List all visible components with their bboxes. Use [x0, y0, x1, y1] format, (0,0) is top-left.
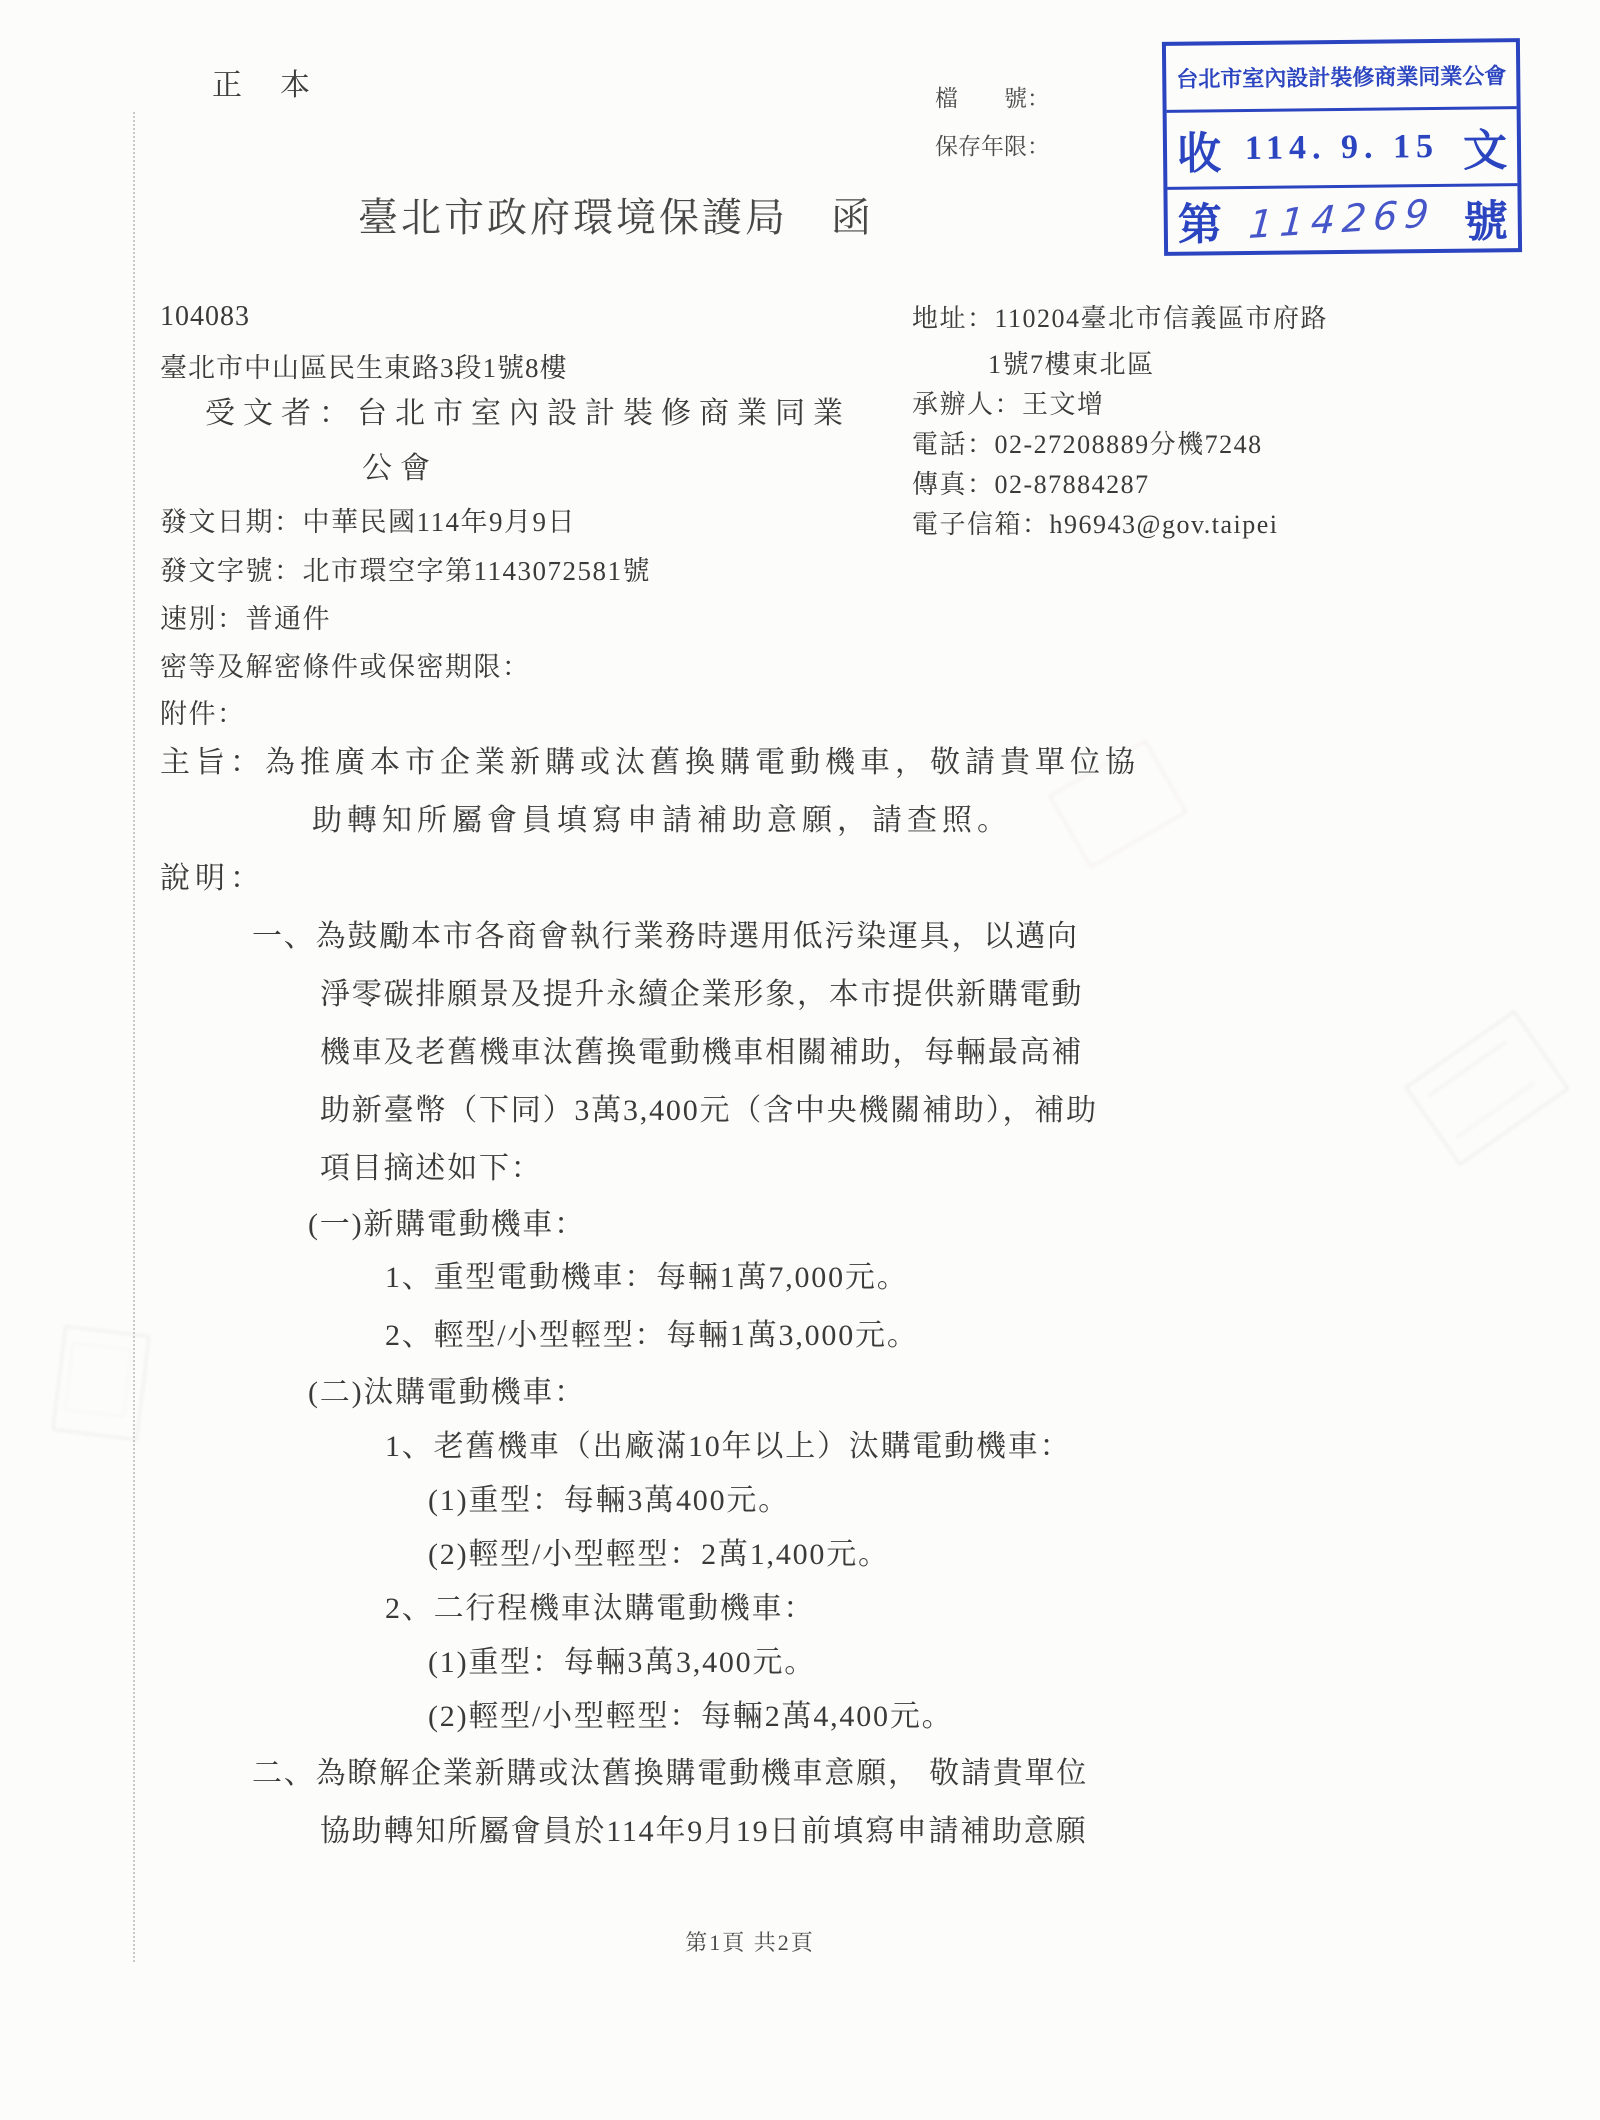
attachment-line: 附件： — [160, 692, 246, 731]
recipient-name-line1: 受文者：台北市室內設計裝修商業同業 — [205, 388, 851, 432]
explanation-line: 項目摘述如下： — [320, 1143, 543, 1187]
agency-address-line2: 1號7樓東北區 — [988, 344, 1155, 381]
agency-fax: 傳真：02-87884287 — [912, 464, 1150, 501]
priority-line: 速別：普通件 — [160, 597, 331, 636]
issue-date-line: 發文日期：中華民國114年9月9日 — [160, 500, 576, 539]
document-page: 正 本 檔 號： 保存年限： 台北市室內設計裝修商業同業公會 收 114. 9.… — [0, 0, 1600, 2120]
faint-stamp-right — [1405, 1010, 1570, 1165]
recipient-postal-code: 104083 — [160, 301, 250, 333]
explanation-line: (一)新購電動機車： — [308, 1199, 586, 1243]
receipt-stamp: 台北市室內設計裝修商業同業公會 收 114. 9. 15 文 第 114269 … — [1162, 38, 1522, 256]
explanation-line: 2、輕型/小型輕型：每輛1萬3,000元。 — [385, 1310, 919, 1354]
explanation-line: 協助轉知所屬會員於114年9月19日前填寫申請補助意願 — [320, 1806, 1088, 1850]
explanation-line: 助新臺幣（下同）3萬3,400元（含中央機關補助），補助 — [320, 1085, 1098, 1129]
retention-period-label: 保存年限： — [935, 128, 1050, 161]
faint-stamp-left — [52, 1325, 150, 1441]
explanation-line: 二、為瞭解企業新購或汰舊換購電動機車意願， 敬請貴單位 — [252, 1748, 1088, 1792]
receipt-stamp-date: 114. 9. 15 — [1245, 128, 1440, 168]
explanation-line: (2)輕型/小型輕型：每輛2萬4,400元。 — [428, 1691, 953, 1735]
receipt-stamp-number-prefix: 第 — [1177, 188, 1222, 252]
receipt-stamp-org-name: 台北市室內設計裝修商業同業公會 — [1166, 42, 1517, 113]
explanation-line: (1)重型：每輛3萬400元。 — [428, 1475, 790, 1519]
explanation-line: 2、二行程機車汰購電動機車： — [385, 1583, 815, 1627]
explanation-line: (1)重型：每輛3萬3,400元。 — [428, 1637, 816, 1681]
security-line: 密等及解密條件或保密期限： — [160, 645, 531, 684]
agency-phone: 電話：02-27208889分機7248 — [912, 424, 1263, 461]
explanation-line: 機車及老舊機車汰舊換電動機車相關補助，每輛最高補 — [320, 1027, 1083, 1071]
receipt-stamp-receive-char: 收 — [1177, 117, 1222, 181]
explanation-line: 1、老舊機車（出廠滿10年以上）汰購電動機車： — [385, 1421, 1071, 1465]
document-title: 臺北市政府環境保護局 函 — [358, 186, 874, 243]
explanation-line: (二)汰購電動機車： — [308, 1367, 586, 1411]
copy-type-label: 正 本 — [212, 60, 314, 104]
agency-contact-person: 承辦人：王文增 — [912, 384, 1105, 421]
explanation-line: 一、為鼓勵本市各商會執行業務時選用低污染運具，以邁向 — [252, 911, 1079, 955]
subject-line1: 主旨：為推廣本市企業新購或汰舊換購電動機車，敬請貴單位協 — [160, 737, 1140, 781]
page-footer: 第1頁 共2頁 — [0, 1926, 1500, 1957]
agency-email: 電子信箱：h96943@gov.taipei — [912, 504, 1279, 541]
receipt-stamp-date-row: 收 114. 9. 15 文 — [1167, 109, 1518, 190]
explanation-line: 1、重型電動機車：每輛1萬7,000元。 — [385, 1252, 909, 1296]
document-number-line: 發文字號：北市環空字第1143072581號 — [160, 549, 651, 588]
receipt-stamp-handwritten-number: 114269 — [1248, 191, 1438, 247]
recipient-address: 臺北市中山區民生東路3段1號8樓 — [160, 346, 568, 385]
receipt-stamp-doc-char: 文 — [1463, 114, 1508, 178]
file-number-label: 檔 號： — [935, 80, 1050, 113]
recipient-name-line2: 公會 — [362, 443, 438, 487]
explanation-line: (2)輕型/小型輕型：2萬1,400元。 — [428, 1529, 890, 1573]
subject-line2: 助轉知所屬會員填寫申請補助意願，請查照。 — [312, 795, 1012, 839]
explanation-heading: 說明： — [160, 853, 265, 897]
explanation-line: 淨零碳排願景及提升永續企業形象，本市提供新購電動 — [320, 969, 1083, 1013]
receipt-stamp-number-suffix: 號 — [1463, 185, 1508, 249]
receipt-stamp-number-row: 第 114269 號 — [1167, 186, 1518, 252]
agency-address-line1: 地址：110204臺北市信義區市府路 — [912, 298, 1328, 335]
binding-dotted-line — [133, 112, 135, 1962]
